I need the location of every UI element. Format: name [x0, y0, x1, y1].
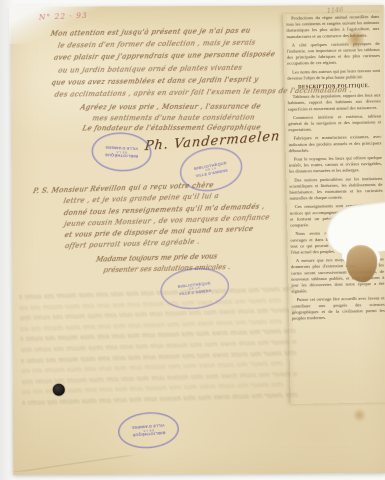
printed-paragraph: Productions du règne animal recueillies …	[286, 13, 379, 39]
printed-paragraphs-top: Productions du règne animal recueillies …	[286, 13, 380, 81]
paper-stain	[347, 27, 364, 51]
postscript: P. S. Monsieur Réveillon qui a reçu votr…	[23, 178, 293, 255]
handwritten-line: des acclimatations , après en avoir fait…	[53, 85, 281, 101]
paper-crease	[13, 455, 133, 472]
section-heading: DESCRIPTION POLITIQUE.	[287, 83, 380, 91]
scanner-bed: N° 22 · 93 1146 ıms ınear mu sıum nıws m…	[0, 0, 385, 480]
printed-paragraph: A côté quelques curiosités physiques de …	[287, 40, 380, 66]
printed-paragraph: Commerce intérieur et extérieur, tableau…	[288, 113, 381, 133]
printed-paragraph: Fabriques et manufactures existantes, av…	[288, 134, 381, 154]
printed-paragraph: Des notices particulières sur les instit…	[289, 175, 382, 201]
printed-paragraph: Pour le voyageur, les lieux qui offrent …	[289, 154, 382, 174]
letter-closing: Agréez je vous prie , Monsieur , l'assur…	[56, 102, 284, 135]
library-stamp: Bibliothèque de la Ville d'Amiens	[91, 131, 153, 173]
library-stamp-text: Bibliothèque de la Ville d'Amiens	[92, 132, 152, 172]
handwritten-line: Agréez je vous prie , Monsieur , l'assur…	[79, 102, 262, 114]
paper-stain	[353, 407, 366, 423]
ink-blot	[53, 384, 65, 396]
printed-paragraph: Les noms des auteurs qui par leurs trava…	[287, 67, 380, 81]
printed-paragraph: Tableaux de la population, rapport des f…	[288, 92, 381, 112]
letter-page: N° 22 · 93 1146 ıms ınear mu sıum nıws m…	[11, 5, 385, 475]
printed-paragraph: Puisse cet ouvrage être accueilli avec f…	[292, 295, 385, 321]
library-stamp: Bibliothèque de la Ville d'Amiens	[117, 410, 181, 450]
letter-body: Mon attention est jusqu'à présent que je…	[51, 24, 280, 101]
library-stamp-text: Bibliothèque de la Ville d'Amiens	[118, 411, 179, 449]
library-stamp-text: Bibliothèque de la Ville d'Amiens	[159, 265, 230, 311]
